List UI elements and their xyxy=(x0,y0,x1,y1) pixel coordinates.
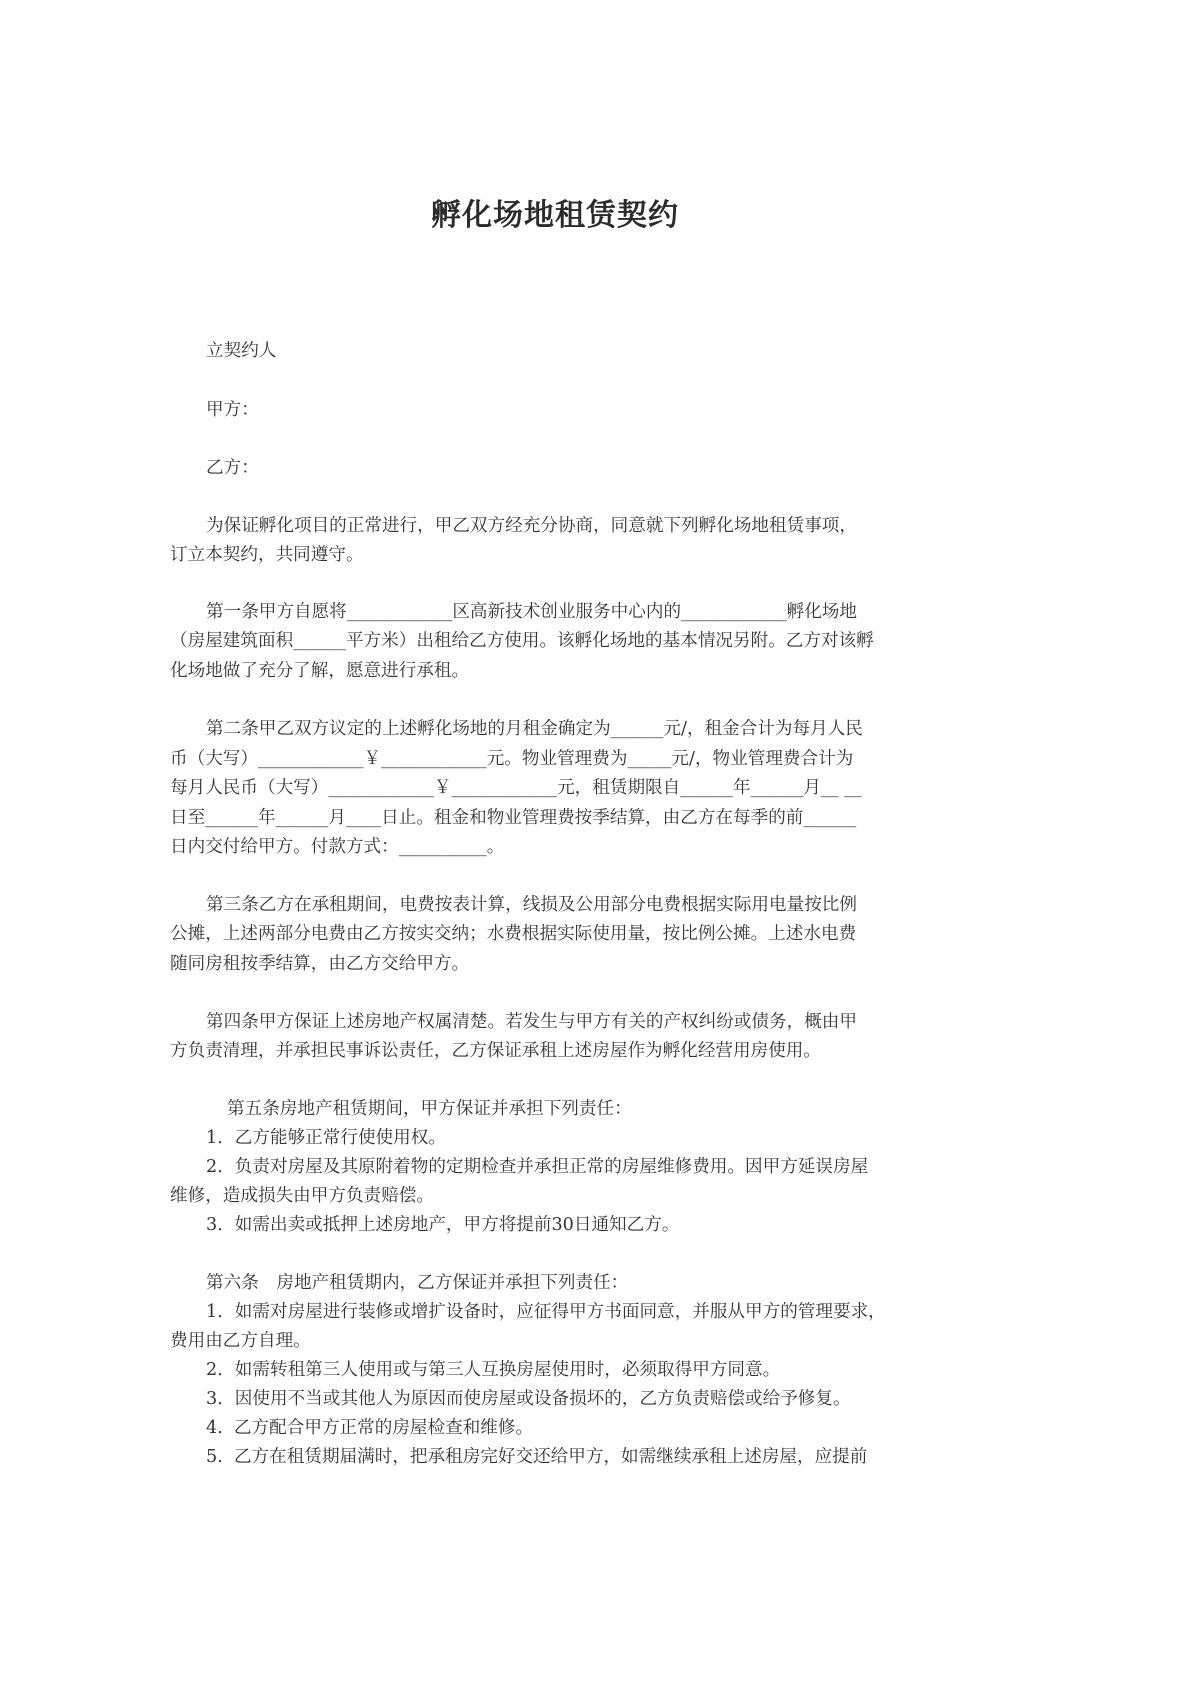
paragraph-line: 维修，造成损失由甲方负责赔偿。 xyxy=(170,1181,1020,1211)
paragraph-line: 4. 乙方配合甲方正常的房屋检查和维修。 xyxy=(206,1413,1056,1443)
paragraph-line: 币（大写）____________￥____________元。物业管理费为__… xyxy=(170,744,1020,774)
paragraph-line: 每月人民币（大写）____________￥____________元，租赁期限… xyxy=(170,773,1020,803)
paragraph-line: 为保证孵化项目的正常进行，甲乙双方经充分协商，同意就下列孵化场地租赁事项， xyxy=(206,511,1056,541)
paragraph-line: 2．负责对房屋及其原附着物的定期检查并承担正常的房屋维修费用。因甲方延误房屋 xyxy=(206,1152,1056,1182)
paragraph-line: 3．因使用不当或其他人为原因而使房屋或设备损坏的，乙方负责赔偿或给予修复。 xyxy=(206,1384,1056,1414)
paragraph-line: 第四条甲方保证上述房地产权属清楚。若发生与甲方有关的产权纠纷或债务，概由甲 xyxy=(206,1007,1056,1037)
paragraph-line: 化场地做了充分了解，愿意进行承租。 xyxy=(170,656,1020,686)
paragraph-line: （房屋建筑面积______平方米）出租给乙方使用。该孵化场地的基本情况另附。乙方… xyxy=(170,626,1020,656)
paragraph-line: 甲方： xyxy=(206,395,1056,425)
paragraph-line: 方负责清理，并承担民事诉讼责任，乙方保证承租上述房屋作为孵化经营用房使用。 xyxy=(170,1036,1020,1066)
paragraph-line: 第二条甲乙双方议定的上述孵化场地的月租金确定为______元/，租金合计为每月人… xyxy=(206,714,1056,744)
document-title: 孵化场地租赁契约 xyxy=(0,190,1110,234)
paragraph-line: 2．如需转租第三人使用或与第三人互换房屋使用时，必须取得甲方同意。 xyxy=(206,1355,1056,1385)
paragraph-line: 5. 乙方在租赁期届满时，把承租房完好交还给甲方，如需继续承租上述房屋，应提前 xyxy=(206,1442,1056,1472)
paragraph-line: 乙方： xyxy=(206,453,1056,483)
paragraph-line: 随同房租按季结算，由乙方交给甲方。 xyxy=(170,949,1020,979)
paragraph-line: 第三条乙方在承租期间，电费按表计算，线损及公用部分电费根据实际用电量按比例 xyxy=(206,890,1056,920)
paragraph-line: 1．乙方能够正常行使使用权。 xyxy=(206,1123,1056,1153)
paragraph-line: 3．如需出卖或抵押上述房地产，甲方将提前30日通知乙方。 xyxy=(206,1210,1056,1240)
paragraph-line: 订立本契约，共同遵守。 xyxy=(170,540,1020,570)
paragraph-line: 1．如需对房屋进行装修或增扩设备时，应征得甲方书面同意，并服从甲方的管理要求， xyxy=(206,1297,1056,1327)
paragraph-line: 日至______年______月____日止。租金和物业管理费按季结算，由乙方在… xyxy=(170,803,1020,833)
paragraph-line: 费用由乙方自理。 xyxy=(170,1326,1020,1356)
document-page: 孵化场地租赁契约 立契约人甲方：乙方：为保证孵化项目的正常进行，甲乙双方经充分协… xyxy=(0,0,1190,1683)
paragraph-line: 第六条 房地产租赁期内，乙方保证并承担下列责任： xyxy=(206,1268,1056,1298)
paragraph-line: 第五条房地产租赁期间，甲方保证并承担下列责任： xyxy=(227,1094,1077,1124)
paragraph-line: 日内交付给甲方。付款方式：__________。 xyxy=(170,832,1020,862)
paragraph-line: 公摊，上述两部分电费由乙方按实交纳；水费根据实际使用量，按比例公摊。上述水电费 xyxy=(170,919,1020,949)
paragraph-line: 立契约人 xyxy=(206,336,1056,366)
paragraph-line: 第一条甲方自愿将____________区高新技术创业服务中心内的_______… xyxy=(206,597,1056,627)
